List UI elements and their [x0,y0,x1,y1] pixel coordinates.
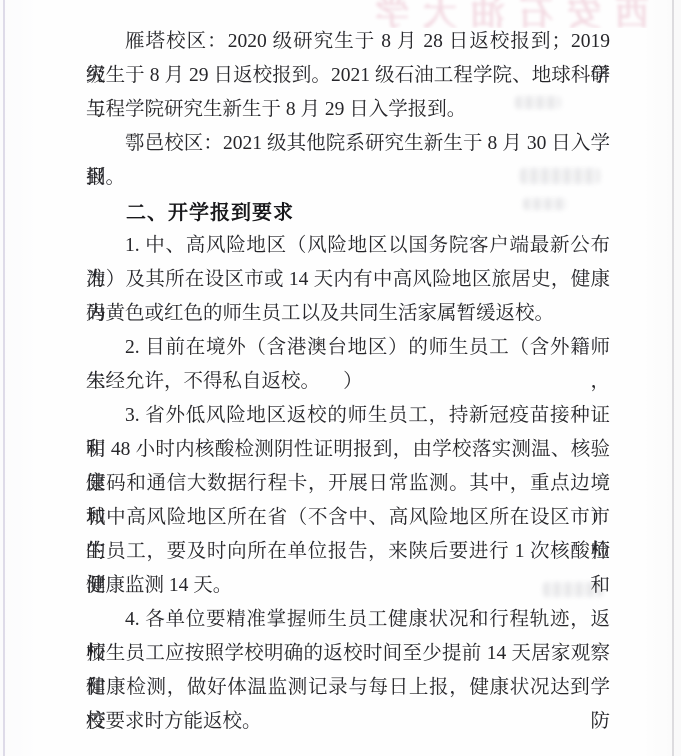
document-line: 鄠邑校区：2021 级其他院系研究生新生于 8 月 30 日入学报 [86,127,610,161]
document-line: 2. 目前在境外（含港澳台地区）的师生员工（含外籍师生）， [86,331,610,365]
document-line: 疫要求时方能返校。 [86,705,610,739]
document-line: 1. 中、高风险地区（风险地区以国务院客户端最新公布为 [86,229,610,263]
document-line: 生员工，要及时向所在单位报告，来陕后要进行 1 次核酸检测和 [86,535,610,569]
section-heading: 二、开学报到要求 [86,195,610,229]
document-line: 3. 省外低风险地区返校的师生员工，持新冠疫苗接种证明 [86,399,610,433]
document-line: 工程学院研究生新生于 8 月 29 日入学报到。 [86,93,610,127]
document-line: 究生于 8 月 29 日返校报到。2021 级石油工程学院、地球科学与 [86,59,610,93]
scan-edge-left [3,0,5,756]
document-line: 未经允许，不得私自返校。 [86,365,610,399]
document-line: 到。 [86,161,610,195]
document-line: 雁塔校区：2020 级研究生于 8 月 28 日返校报到；2019 级研 [86,25,610,59]
scan-edge-right [672,0,674,756]
document-line: 健康检测，做好体温监测记录与每日上报，健康状况达到学校防 [86,671,610,705]
document-line: 康码和通信大数据行程卡，开展日常监测。其中，重点边境城市 [86,467,610,501]
document-line: 为黄色或红色的师生员工以及共同生活家属暂缓返校。 [86,297,610,331]
scanned-document-page: 西安石油大学 雁塔校区：2020 级研究生于 8 月 28 日返校报到；2019… [0,0,681,756]
document-body: 雁塔校区：2020 级研究生于 8 月 28 日返校报到；2019 级研究生于 … [86,0,610,756]
document-line: 师生员工应按照学校明确的返校时间至少提前 14 天居家观察和 [86,637,610,671]
document-line: 和 48 小时内核酸检测阴性证明报到，由学校落实测温、核验健 [86,433,610,467]
document-line: 4. 各单位要精准掌握师生员工健康状况和行程轨迹，返校 [86,603,610,637]
document-line: 健康监测 14 天。 [86,569,610,603]
document-line: 准）及其所在设区市或 14 天内有中高风险地区旅居史，健康码 [86,263,610,297]
document-line: 和中高风险地区所在省（不含中、高风险地区所在设区市）的师 [86,501,610,535]
